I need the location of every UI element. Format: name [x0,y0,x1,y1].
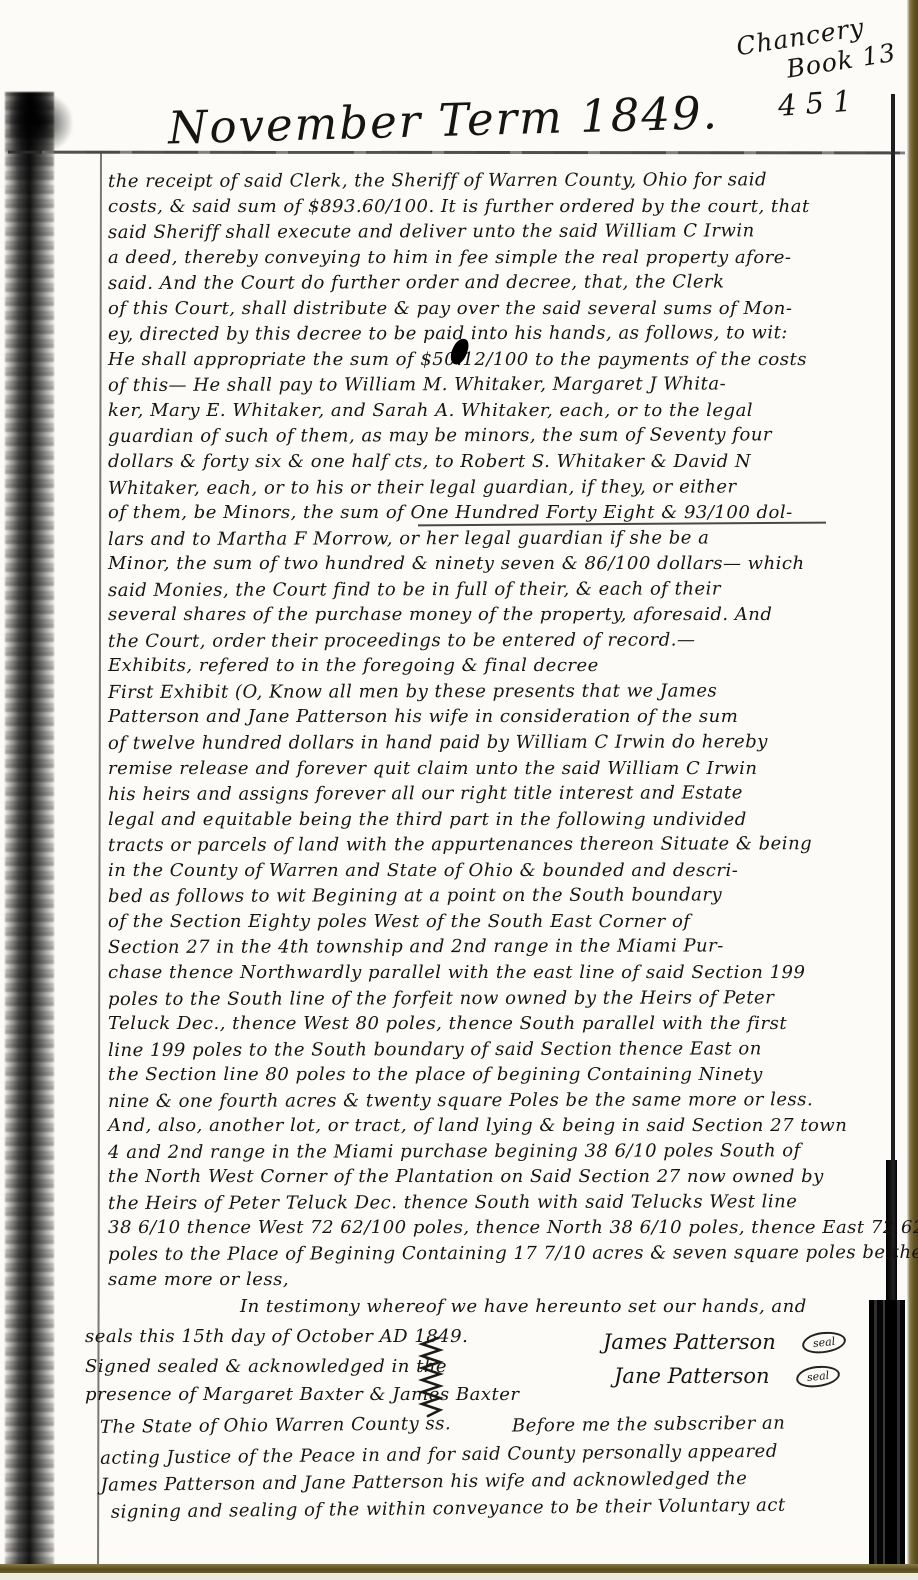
text-line: tracts or parcels of land with the appur… [108,831,898,859]
text-line: poles to the Place of Begining Containin… [108,1240,898,1268]
text-line: the Heirs of Peter Teluck Dec. thence So… [108,1189,898,1217]
text-line: legal and equitable being the third part… [108,807,898,833]
acknowledgment-venue: The State of Ohio Warren County ss. [100,1413,451,1438]
signature-row: Jane Patterson seal [614,1364,840,1388]
page-title: November Term 1849. [167,86,708,154]
text-line: the Section line 80 poles to the place o… [108,1062,898,1088]
text-line: line 199 poles to the South boundary of … [108,1036,898,1064]
text-line: lars and to Martha F Morrow, or her lega… [108,525,898,553]
signature-james-patterson: James Patterson [603,1330,776,1354]
book-annotation: Chancery Book 13 [734,8,898,92]
text-line: nine & one fourth acres & twenty square … [108,1087,898,1115]
text-line: ey, directed by this decree to be paid i… [108,320,898,348]
acknowledgment-line-1: Before me the subscriber an [512,1413,786,1437]
text-line: of the Section Eighty poles West of the … [108,909,898,935]
text-line: Minor, the sum of two hundred & ninety s… [108,551,898,577]
text-line: in the County of Warren and State of Ohi… [108,858,898,884]
page-number: 451 [777,83,862,123]
scanned-document-page: Chancery Book 13 451 November Term 1849.… [0,0,918,1580]
text-line: And, also, another lot, or tract, of lan… [108,1113,898,1139]
text-line: poles to the South line of the forfeit n… [108,984,898,1012]
text-line: Patterson and Jane Patterson his wife in… [108,704,898,730]
witness-line-1: Signed sealed & acknowledged in the [85,1356,447,1377]
text-line: ker, Mary E. Whitaker, and Sarah A. Whit… [108,398,898,424]
witness-line-2: presence of Margaret Baxter & James Baxt… [85,1384,519,1405]
text-line: several shares of the purchase money of … [108,602,898,628]
text-line: same more or less, [108,1267,898,1293]
text-line: dollars & forty six & one half cts, to R… [108,449,898,475]
text-line: Section 27 in the 4th township and 2nd r… [108,933,898,961]
binding-gutter-shadow [5,92,54,1580]
body-text: the receipt of said Clerk, the Sheriff o… [108,168,898,1292]
text-line: He shall appropriate the sum of $50.12/1… [108,347,898,373]
text-line: Whitaker, each, or to his or their legal… [108,474,898,502]
acknowledgment-line-3: James Patterson and Jane Patterson his w… [100,1468,747,1496]
text-line: Teluck Dec., thence West 80 poles, thenc… [108,1011,898,1037]
seal-icon: seal [795,1363,841,1389]
binding-gutter-top-blob [10,92,72,154]
text-line: said. And the Court do further order and… [108,269,898,297]
text-line: the North West Corner of the Plantation … [108,1164,898,1190]
text-line: remise release and forever quit claim un… [108,756,898,782]
scan-border-margin [0,1573,918,1580]
text-line: of this— He shall pay to William M. Whit… [108,371,898,399]
text-line: 4 and 2nd range in the Miami purchase be… [108,1138,898,1166]
text-line: said Monies, the Court find to be in ful… [108,576,898,604]
text-line: bed as follows to wit Begining at a poin… [108,882,898,910]
text-line: 38 6/10 thence West 72 62/100 poles, the… [108,1215,898,1241]
scan-border-right [907,0,918,1580]
text-line: First Exhibit (O, Know all men by these … [108,678,898,706]
text-line: Exhibits, refered to in the foregoing & … [108,653,898,679]
signature-row: James Patterson seal [603,1330,846,1354]
text-line: the Court, order their proceedings to be… [108,627,898,655]
text-line: chase thence Northwardly parallel with t… [108,960,898,986]
text-line: of this Court, shall distribute & pay ov… [108,296,898,322]
page-edge-band-lower [869,1300,905,1580]
text-line: his heirs and assigns forever all our ri… [108,780,898,808]
text-line: the receipt of said Clerk, the Sheriff o… [108,167,898,195]
acknowledgment-line-2: acting Justice of the Peace in and for s… [100,1441,778,1469]
brace-squiggle [418,1336,444,1418]
text-line: costs, & said sum of $893.60/100. It is … [108,194,898,220]
text-line: said Sheriff shall execute and deliver u… [108,218,898,246]
signature-jane-patterson: Jane Patterson [614,1364,770,1388]
acknowledgment-line-4: signing and sealing of the within convey… [111,1495,786,1523]
text-line: a deed, thereby conveying to him in fee … [108,245,898,271]
testimonium-line-1: In testimony whereof we have hereunto se… [240,1296,807,1317]
title-underline-rule [8,151,905,155]
text-line: guardian of such of them, as may be mino… [108,422,898,450]
seal-icon: seal [801,1329,847,1355]
scan-border-bottom [0,1564,918,1573]
acknowledgment-block: The State of Ohio Warren County ss. Befo… [0,0,918,5]
text-line: of twelve hundred dollars in hand paid b… [108,729,898,757]
left-margin-rule [97,153,102,1564]
testimonium-line-2: seals this 15th day of October AD 1849. [85,1326,468,1347]
